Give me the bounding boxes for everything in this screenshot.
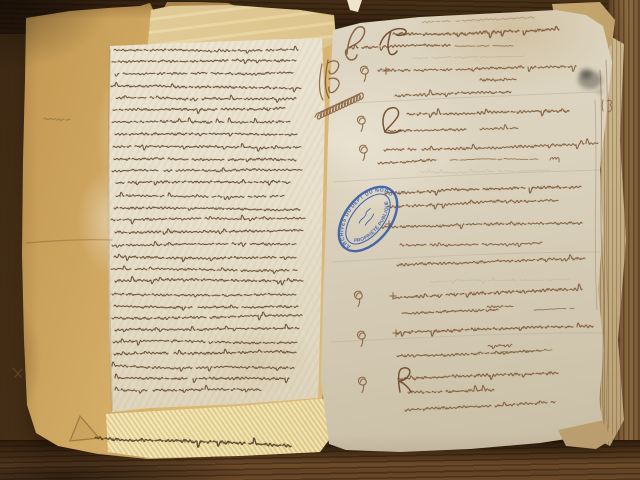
pen-loops (315, 93, 363, 119)
manuscript-line-left (114, 207, 302, 211)
ink-blot (598, 90, 603, 94)
manuscript-line-left (113, 144, 301, 152)
manuscript-line-left (112, 362, 294, 371)
manuscript-line-left (115, 324, 301, 331)
manuscript-line-right (402, 309, 498, 314)
manuscript-line-left (115, 276, 303, 285)
margin-mark (358, 116, 366, 131)
manuscript-line-right (385, 186, 581, 195)
manuscript-line-left (114, 158, 296, 162)
pen-flourish (550, 158, 559, 162)
manuscript-line-left (112, 59, 296, 64)
manuscript-line-right (398, 372, 558, 380)
pen-flourish (606, 60, 608, 432)
manuscript-line-right (388, 199, 558, 209)
archive-stamp: ARCHIVES DU DÉPT DU NORD PROPRIÉTÉ PUBLI… (326, 175, 409, 262)
manuscript-line-left (116, 95, 296, 102)
manuscript-line-left (112, 168, 302, 172)
margin-mark (355, 291, 363, 306)
margin-mark (358, 331, 366, 346)
manuscript-line-left (113, 339, 297, 345)
handwriting-ink-layer: ARCHIVES DU DÉPT DU NORD PROPRIÉTÉ PUBLI… (0, 0, 640, 480)
manuscript-line-right (488, 344, 514, 348)
manuscript-line-right (394, 284, 582, 298)
manuscript-line-right (480, 78, 516, 81)
manuscript-line-left (111, 82, 301, 91)
manuscript-line-left (115, 385, 261, 393)
manuscript-line-left (112, 293, 298, 297)
pen-flourish (600, 70, 604, 424)
manuscript-line-right (450, 158, 538, 160)
manuscript-line-left (116, 179, 290, 185)
manuscript-line-right (378, 66, 576, 72)
manuscript-line-right (378, 159, 442, 164)
pen-flourish (332, 252, 600, 262)
pen-flourish (383, 108, 401, 133)
manuscript-line-left (111, 266, 297, 274)
manuscript-line-right (405, 401, 555, 411)
manuscript-line-right (430, 278, 570, 283)
manuscript-line-left (114, 46, 298, 53)
manuscript-line-left (44, 118, 70, 120)
manuscript-line-left (114, 305, 298, 310)
manuscript-line-right (480, 125, 518, 130)
manuscript-line-right (422, 17, 534, 23)
pen-flourish (109, 50, 112, 410)
manuscript-line-left (95, 437, 291, 447)
margin-mark (360, 145, 368, 160)
manuscript-line-right (420, 169, 550, 173)
manuscript-line-right (350, 44, 452, 50)
manuscript-line-left (112, 118, 290, 124)
manuscript-line-right (534, 308, 574, 310)
manuscript-line-right (393, 26, 563, 37)
pen-flourish (399, 368, 411, 392)
pen-flourish (595, 100, 597, 310)
pen-flourish (320, 64, 324, 100)
manuscript-line-left (114, 349, 298, 355)
manuscript-line-right (384, 139, 598, 151)
manuscript-line-left (115, 72, 293, 76)
manuscript-line-left (113, 107, 285, 113)
manuscript-line-right (382, 222, 582, 229)
margin-mark (361, 66, 369, 81)
stamp-center-marks (358, 208, 376, 228)
manuscript-line-left (116, 192, 284, 199)
manuscript-line-right (487, 306, 513, 308)
manuscript-line-right (455, 45, 513, 46)
pen-flourish (13, 368, 22, 377)
stamp-outer-ring (327, 176, 409, 262)
ink-blot (580, 69, 592, 79)
manuscript-line-right (408, 385, 496, 393)
pen-flourish (26, 240, 112, 243)
pen-flourish (336, 92, 598, 104)
pen-flourish (70, 416, 99, 441)
plus-mark (393, 330, 399, 336)
pen-flourish (342, 18, 346, 22)
manuscript-photo: ARCHIVES DU DÉPT DU NORD PROPRIÉTÉ PUBLI… (0, 0, 640, 480)
manuscript-line-left (114, 254, 298, 261)
manuscript-line-left (115, 374, 289, 383)
manuscript-line-left (115, 229, 303, 235)
pen-flourish (345, 27, 364, 60)
manuscript-line-left (112, 241, 296, 247)
manuscript-line-left (112, 312, 302, 320)
manuscript-line-left (115, 133, 297, 136)
margin-mark (359, 377, 367, 392)
manuscript-line-right (400, 242, 542, 247)
pen-flourish (330, 333, 602, 342)
manuscript-line-left (111, 215, 305, 224)
manuscript-line-right (412, 56, 524, 59)
manuscript-line-right (407, 109, 573, 118)
pen-flourish (326, 60, 340, 98)
